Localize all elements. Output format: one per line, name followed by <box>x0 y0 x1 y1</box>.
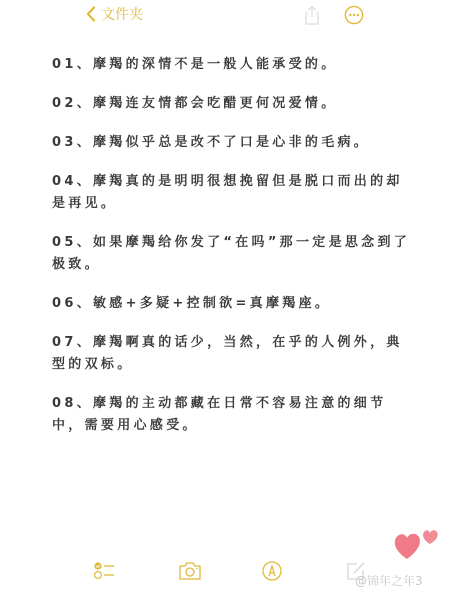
note-item-05: 05、如果摩羯给你发了“在吗”那一定是思念到了极致。 <box>52 232 412 276</box>
heart-icon <box>393 525 443 561</box>
share-button[interactable] <box>303 5 321 29</box>
chevron-left-icon <box>86 6 96 22</box>
note-item-02: 02、摩羯连友情都会吃醋更何况爱情。 <box>52 93 412 115</box>
nav-bar: 文件夹 <box>0 0 449 30</box>
more-button[interactable] <box>344 5 364 29</box>
note-item-03: 03、摩羯似乎总是改不了口是心非的毛病。 <box>52 132 412 154</box>
note-item-04: 04、摩羯真的是明明很想挽留但是脱口而出的却是再见。 <box>52 171 412 215</box>
note-body[interactable]: 01、摩羯的深情不是一般人能承受的。 02、摩羯连友情都会吃醋更何况爱情。 03… <box>52 54 412 454</box>
back-button[interactable]: 文件夹 <box>86 4 143 24</box>
note-item-07: 07、摩羯啊真的话少，当然，在乎的人例外，典型的双标。 <box>52 332 412 376</box>
hearts-sticker <box>393 525 443 565</box>
ellipsis-circle-icon <box>344 5 364 25</box>
checklist-icon <box>93 560 117 582</box>
note-item-06: 06、敏感+多疑+控制欲=真摩羯座。 <box>52 293 412 315</box>
note-item-08: 08、摩羯的主动都藏在日常不容易注意的细节中，需要用心感受。 <box>52 393 412 437</box>
note-item-01: 01、摩羯的深情不是一般人能承受的。 <box>52 54 412 76</box>
back-label: 文件夹 <box>101 4 143 24</box>
watermark: @锦年之年3 <box>355 572 423 589</box>
markup-icon <box>261 560 283 582</box>
checklist-button[interactable] <box>93 560 117 586</box>
camera-button[interactable] <box>178 560 202 586</box>
camera-icon <box>178 560 202 582</box>
share-icon <box>303 5 321 25</box>
markup-button[interactable] <box>261 560 283 586</box>
